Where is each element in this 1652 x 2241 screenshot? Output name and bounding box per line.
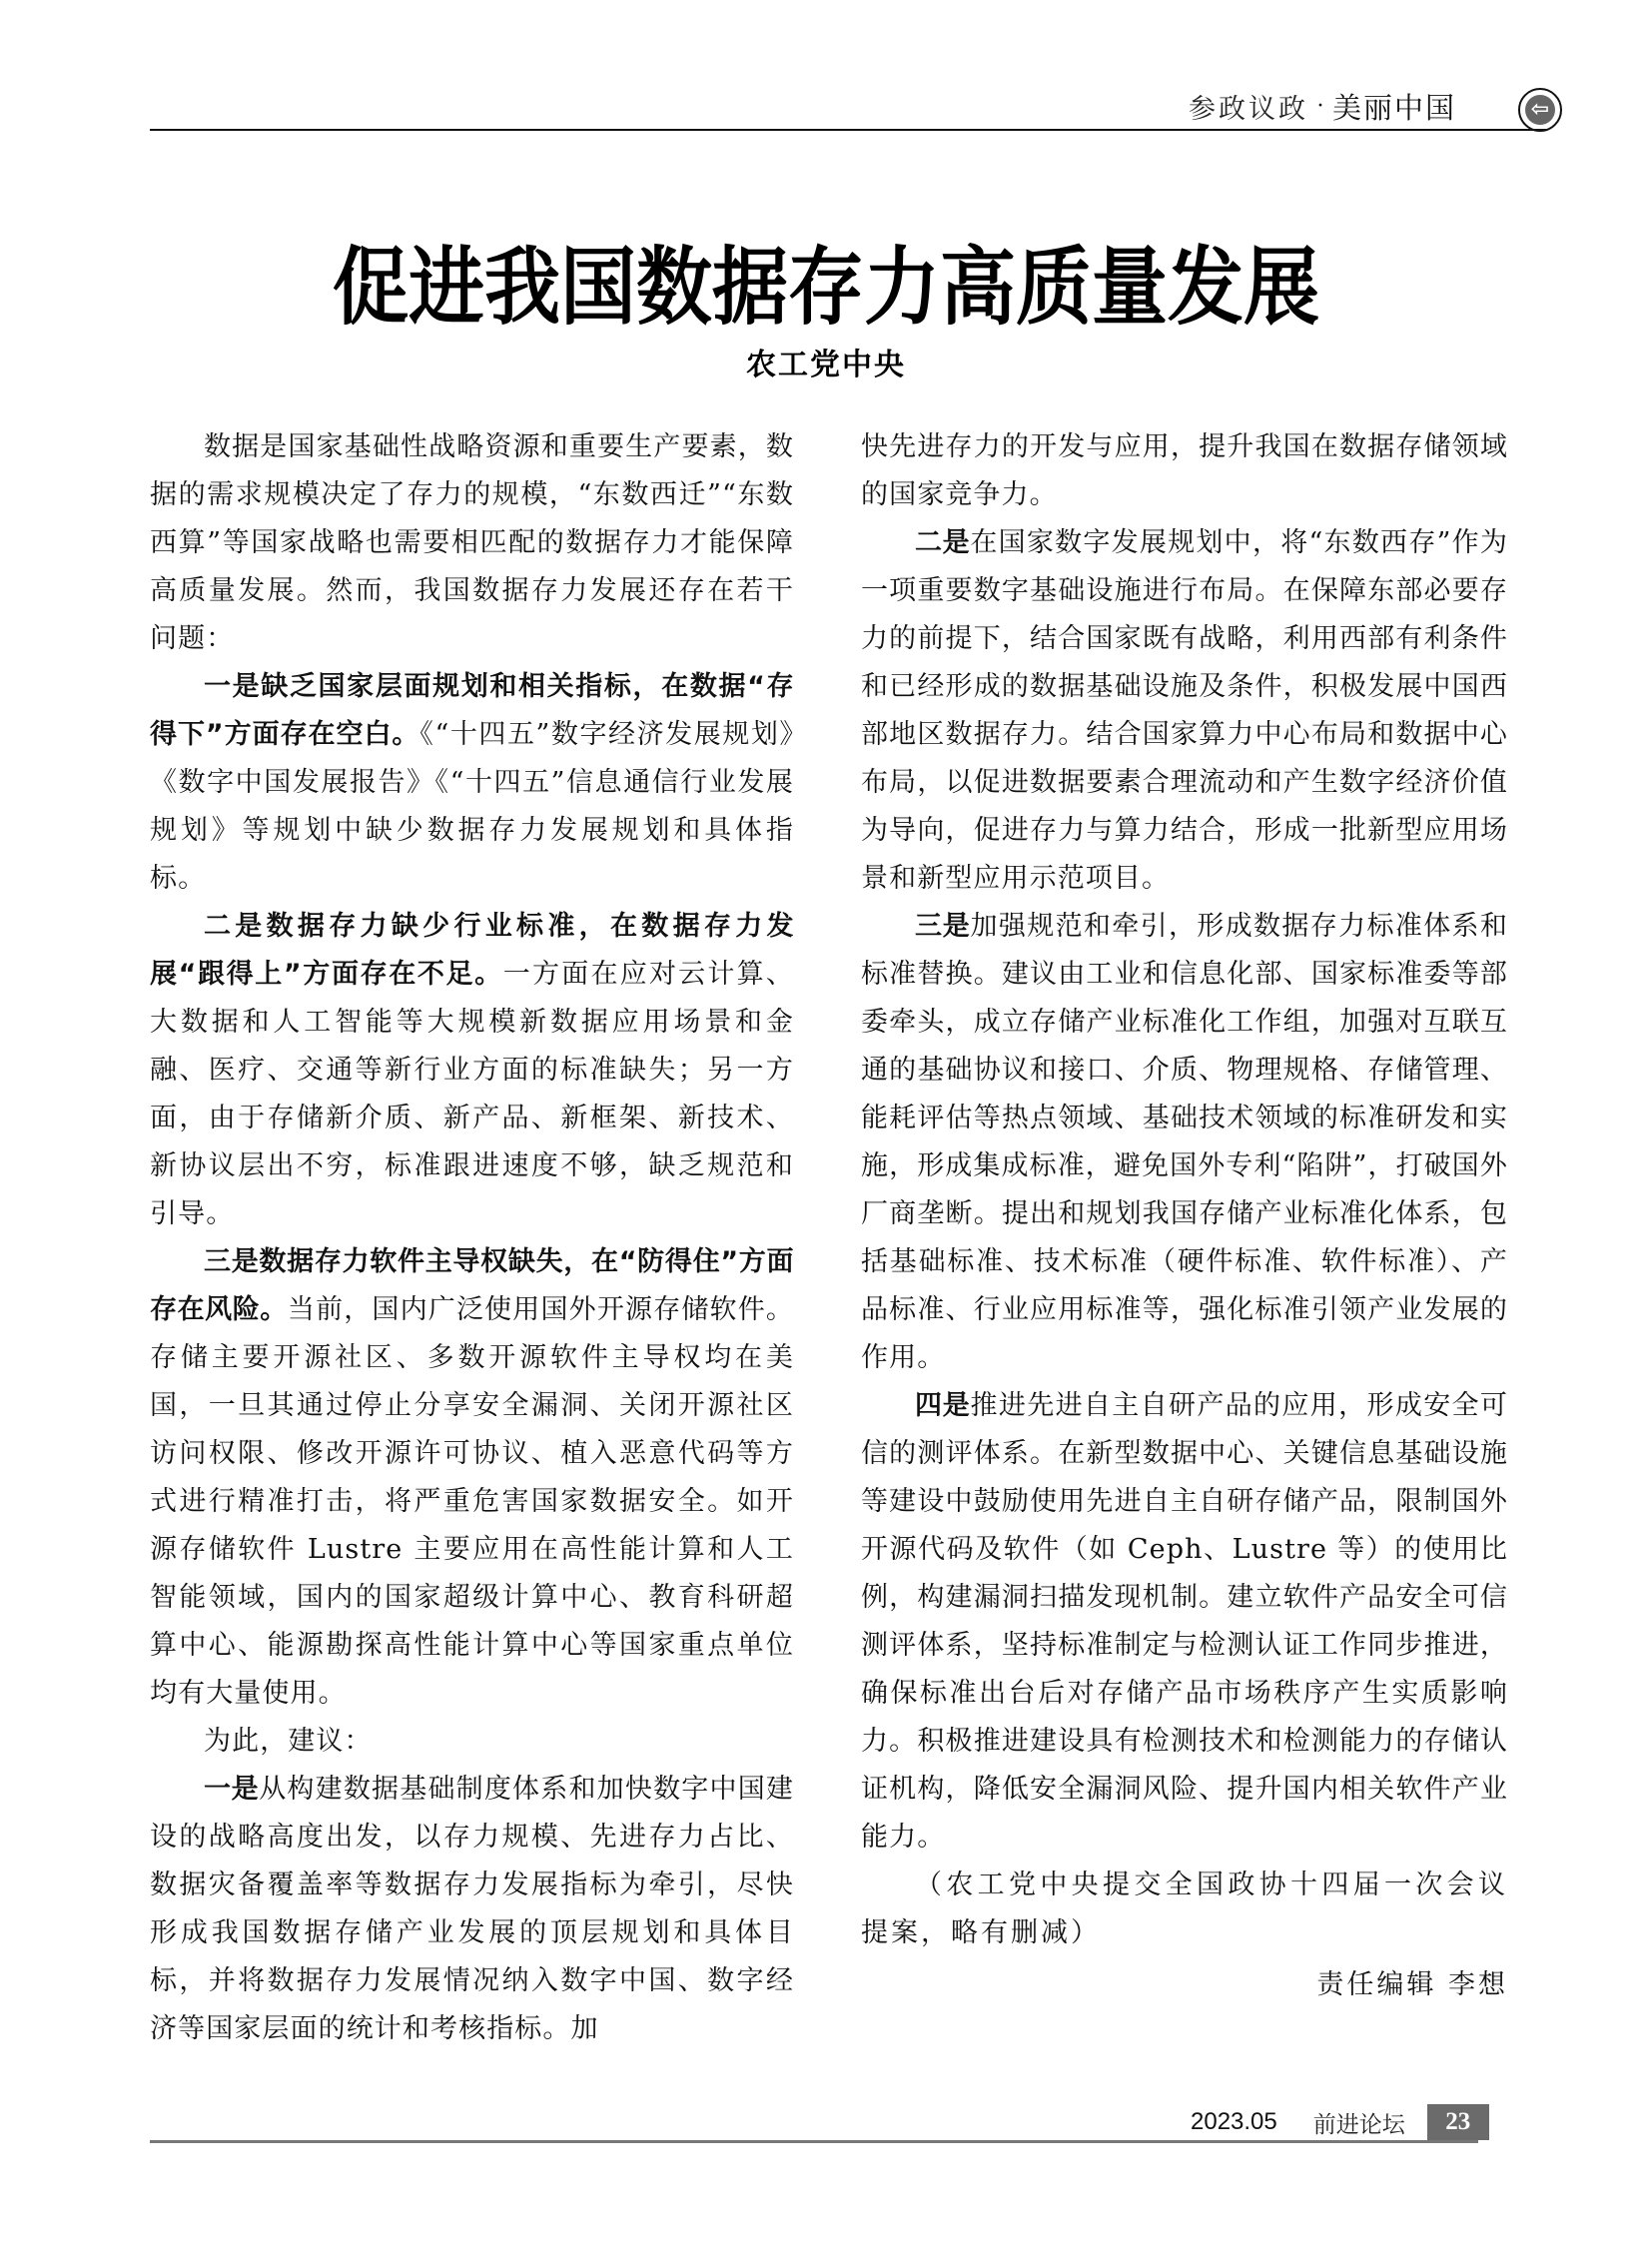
page-number: 23 [1427, 2104, 1489, 2140]
lead-bold: 一是 [204, 1774, 259, 1805]
problem-2-paragraph: 二是数据存力缺少行业标准，在数据存力发展“跟得上”方面存在不足。一方面在应对云计… [150, 903, 794, 1238]
article-author: 农工党中央 [0, 340, 1652, 383]
proposal-intro-paragraph: 为此，建议： [150, 1718, 794, 1766]
page-footer: 2023.05 前进论坛 23 [1191, 2105, 1489, 2139]
intro-paragraph: 数据是国家基础性战略资源和重要生产要素，数据的需求规模决定了存力的规模，“东数西… [150, 423, 794, 663]
source-note: （农工党中央提交全国政协十四届一次会议提案，略有删减） [861, 1862, 1508, 1957]
column-name: 参政议政 [1189, 87, 1308, 126]
proposal-1-continuation: 快先进存力的开发与应用，提升我国在数据存储领域的国家竞争力。 [861, 423, 1508, 519]
article-title: 促进我国数据存力高质量发展 [0, 219, 1652, 341]
header-separator: · [1316, 93, 1324, 120]
problem-3-paragraph: 三是数据存力软件主导权缺失，在“防得住”方面存在风险。当前，国内广泛使用国外开源… [150, 1238, 794, 1718]
proposal-3-paragraph: 三是加强规范和牵引，形成数据存力标准体系和标准替换。建议由工业和信息化部、国家标… [861, 903, 1508, 1382]
header-rule [150, 129, 1548, 131]
left-column: 数据是国家基础性战略资源和重要生产要素，数据的需求规模决定了存力的规模，“东数西… [150, 423, 794, 2053]
responsible-editor: 责任编辑 李想 [861, 1961, 1508, 2009]
arrow-left-icon: ⇦ [1525, 95, 1555, 125]
magazine-name: 前进论坛 [1313, 2106, 1405, 2139]
proposal-1-paragraph: 一是从构建数据基础制度体系和加快数字中国建设的战略高度出发，以存力规模、先进存力… [150, 1766, 794, 2053]
running-head: 参政议政 · 美丽中国 [1189, 86, 1456, 126]
lead-bold: 四是 [915, 1390, 971, 1421]
section-name: 美丽中国 [1332, 86, 1456, 127]
proposal-2-paragraph: 二是在国家数字发展规划中，将“东数西存”作为一项重要数字基础设施进行布局。在保障… [861, 519, 1508, 903]
problem-1-paragraph: 一是缺乏国家层面规划和相关指标，在数据“存得下”方面存在空白。《“十四五”数字经… [150, 663, 794, 903]
issue-date: 2023.05 [1191, 2108, 1277, 2136]
right-column: 快先进存力的开发与应用，提升我国在数据存储领域的国家竞争力。 二是在国家数字发展… [861, 423, 1508, 2009]
back-arrow-circle-icon: ⇦ [1518, 88, 1562, 132]
proposal-4-paragraph: 四是推进先进自主自研产品的应用，形成安全可信的测评体系。在新型数据中心、关键信息… [861, 1382, 1508, 1862]
footer-rule [150, 2140, 1478, 2143]
lead-bold: 二是 [915, 527, 970, 558]
lead-bold: 三是 [915, 911, 971, 942]
